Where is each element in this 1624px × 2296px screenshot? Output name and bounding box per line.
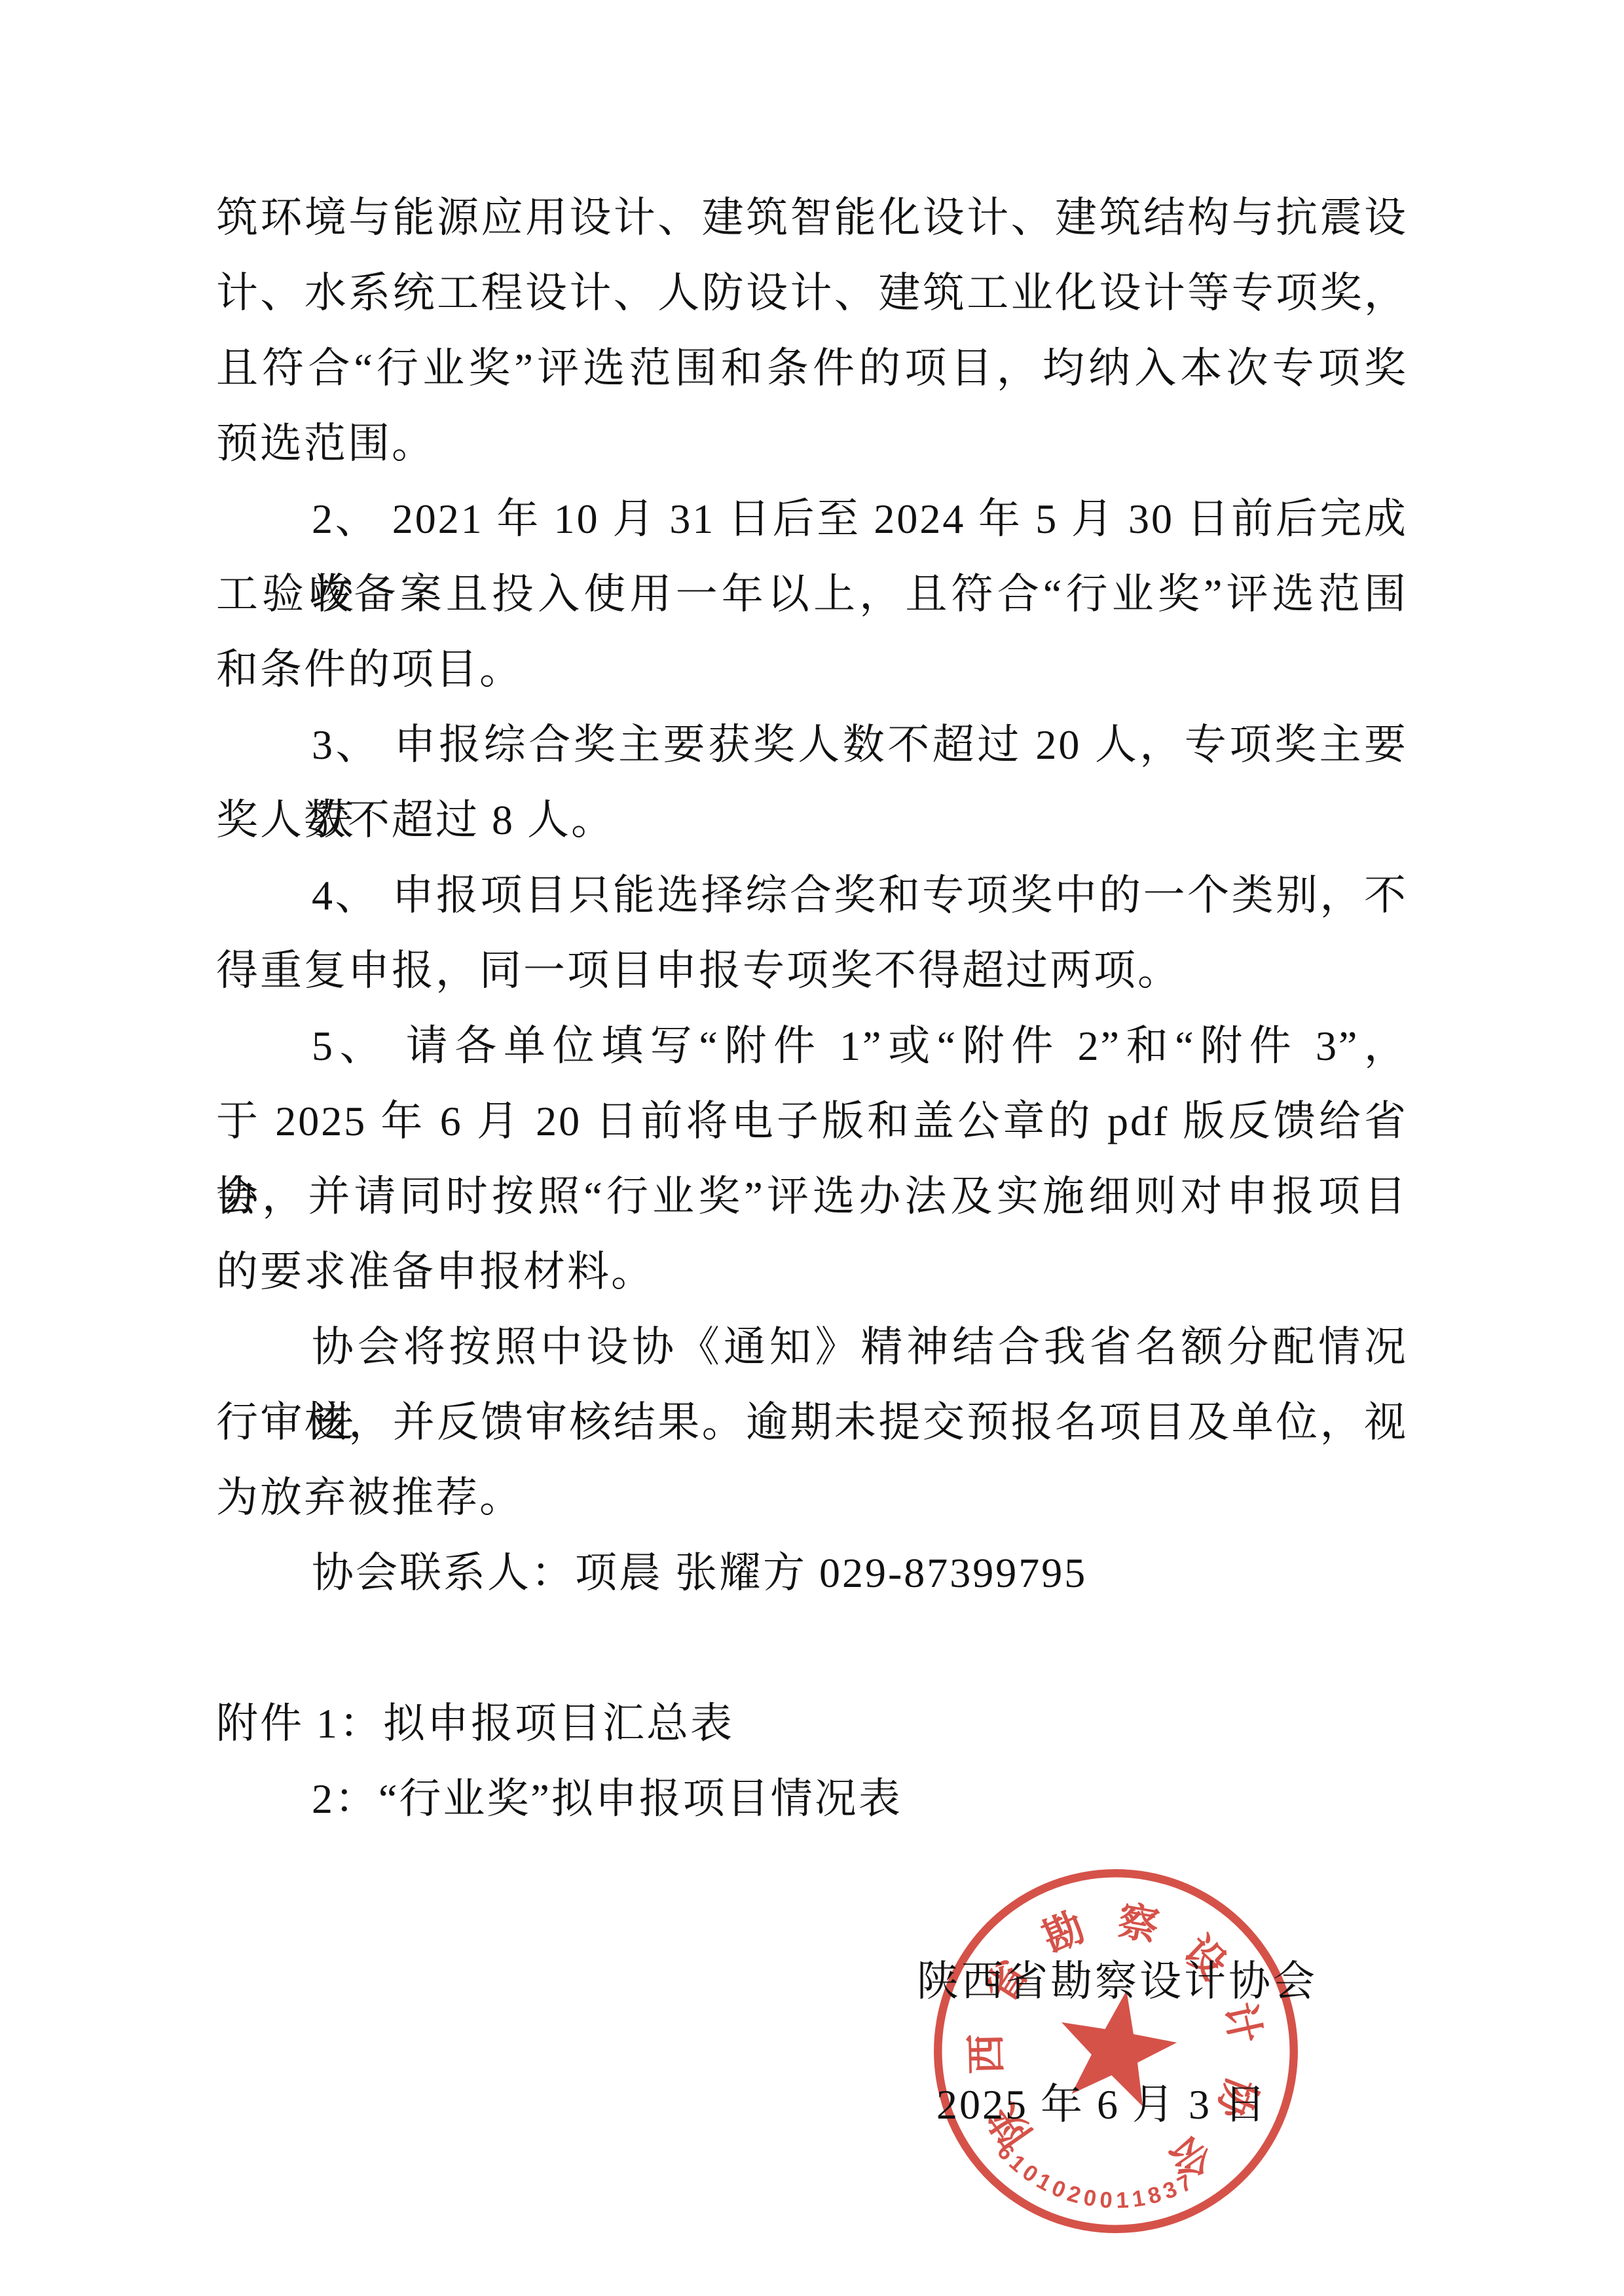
text-line: 行审核，并反馈审核结果。逾期未提交预报名项目及单位，视 — [216, 1385, 1408, 1460]
text-line: 得重复申报，同一项目申报专项奖不得超过两项。 — [216, 933, 1408, 1008]
text-line: 预选范围。 — [216, 406, 1408, 481]
text-line: 奖人数不超过 8 人。 — [216, 782, 1408, 858]
body-paragraphs: 筑环境与能源应用设计、建筑智能化设计、建筑结构与抗震设计、水系统工程设计、人防设… — [216, 180, 1408, 1611]
text-line: 的要求准备申报材料。 — [216, 1234, 1408, 1309]
text-line: 协会将按照中设协《通知》精神结合我省名额分配情况进 — [216, 1309, 1408, 1385]
seal-number-char: 1 — [1130, 2186, 1147, 2212]
attachment-list: 附件 1：拟申报项目汇总表2：“行业奖”拟申报项目情况表 — [216, 1686, 1408, 1836]
text-line: 3、 申报综合奖主要获奖人数不超过 20 人，专项奖主要获 — [216, 707, 1408, 782]
text-line: 协会联系人：项晨 张耀方 029-87399795 — [216, 1535, 1408, 1611]
text-line: 4、 申报项目只能选择综合奖和专项奖中的一个类别，不 — [216, 858, 1408, 933]
seal-number-char: 0 — [1099, 2187, 1113, 2213]
seal-ring-char: 西 — [965, 2033, 1010, 2075]
text-line: 工验收备案且投入使用一年以上，且符合“行业奖”评选范围 — [216, 556, 1408, 632]
signature-date: 2025 年 6 月 3 日 — [936, 2071, 1268, 2131]
seal-number-char: 1 — [1116, 2188, 1130, 2214]
text-line: 2：“行业奖”拟申报项目情况表 — [216, 1761, 1408, 1836]
seal-ring-char: 察 — [1115, 1899, 1162, 1950]
text-line: 筑环境与能源应用设计、建筑智能化设计、建筑结构与抗震设 — [216, 180, 1408, 255]
seal-number-char: 2 — [1065, 2181, 1084, 2208]
text-line: 会，并请同时按照“行业奖”评选办法及实施细则对申报项目 — [216, 1159, 1408, 1234]
text-line: 计、水系统工程设计、人防设计、建筑工业化设计等专项奖， — [216, 255, 1408, 331]
official-seal-icon: 陕西省勘察设计协会 6101020011837 — [892, 1832, 1339, 2270]
text-line: 5、 请各单位填写“附件 1”或“附件 2”和“附件 3”， — [216, 1008, 1408, 1084]
seal-number-char: 0 — [1082, 2185, 1099, 2212]
text-line: 和条件的项目。 — [216, 632, 1408, 707]
text-line: 且符合“行业奖”评选范围和条件的项目，均纳入本次专项奖 — [216, 331, 1408, 406]
signature-org: 陕西省勘察设计协会 — [917, 1948, 1318, 2008]
text-line: 2、 2021 年 10 月 31 日后至 2024 年 5 月 30 日前后完… — [216, 481, 1408, 556]
document-page: 筑环境与能源应用设计、建筑智能化设计、建筑结构与抗震设计、水系统工程设计、人防设… — [0, 0, 1624, 2296]
text-line: 附件 1：拟申报项目汇总表 — [216, 1686, 1408, 1761]
text-line: 于 2025 年 6 月 20 日前将电子版和盖公章的 pdf 版反馈给省协 — [216, 1084, 1408, 1159]
text-line: 为放弃被推荐。 — [216, 1460, 1408, 1535]
